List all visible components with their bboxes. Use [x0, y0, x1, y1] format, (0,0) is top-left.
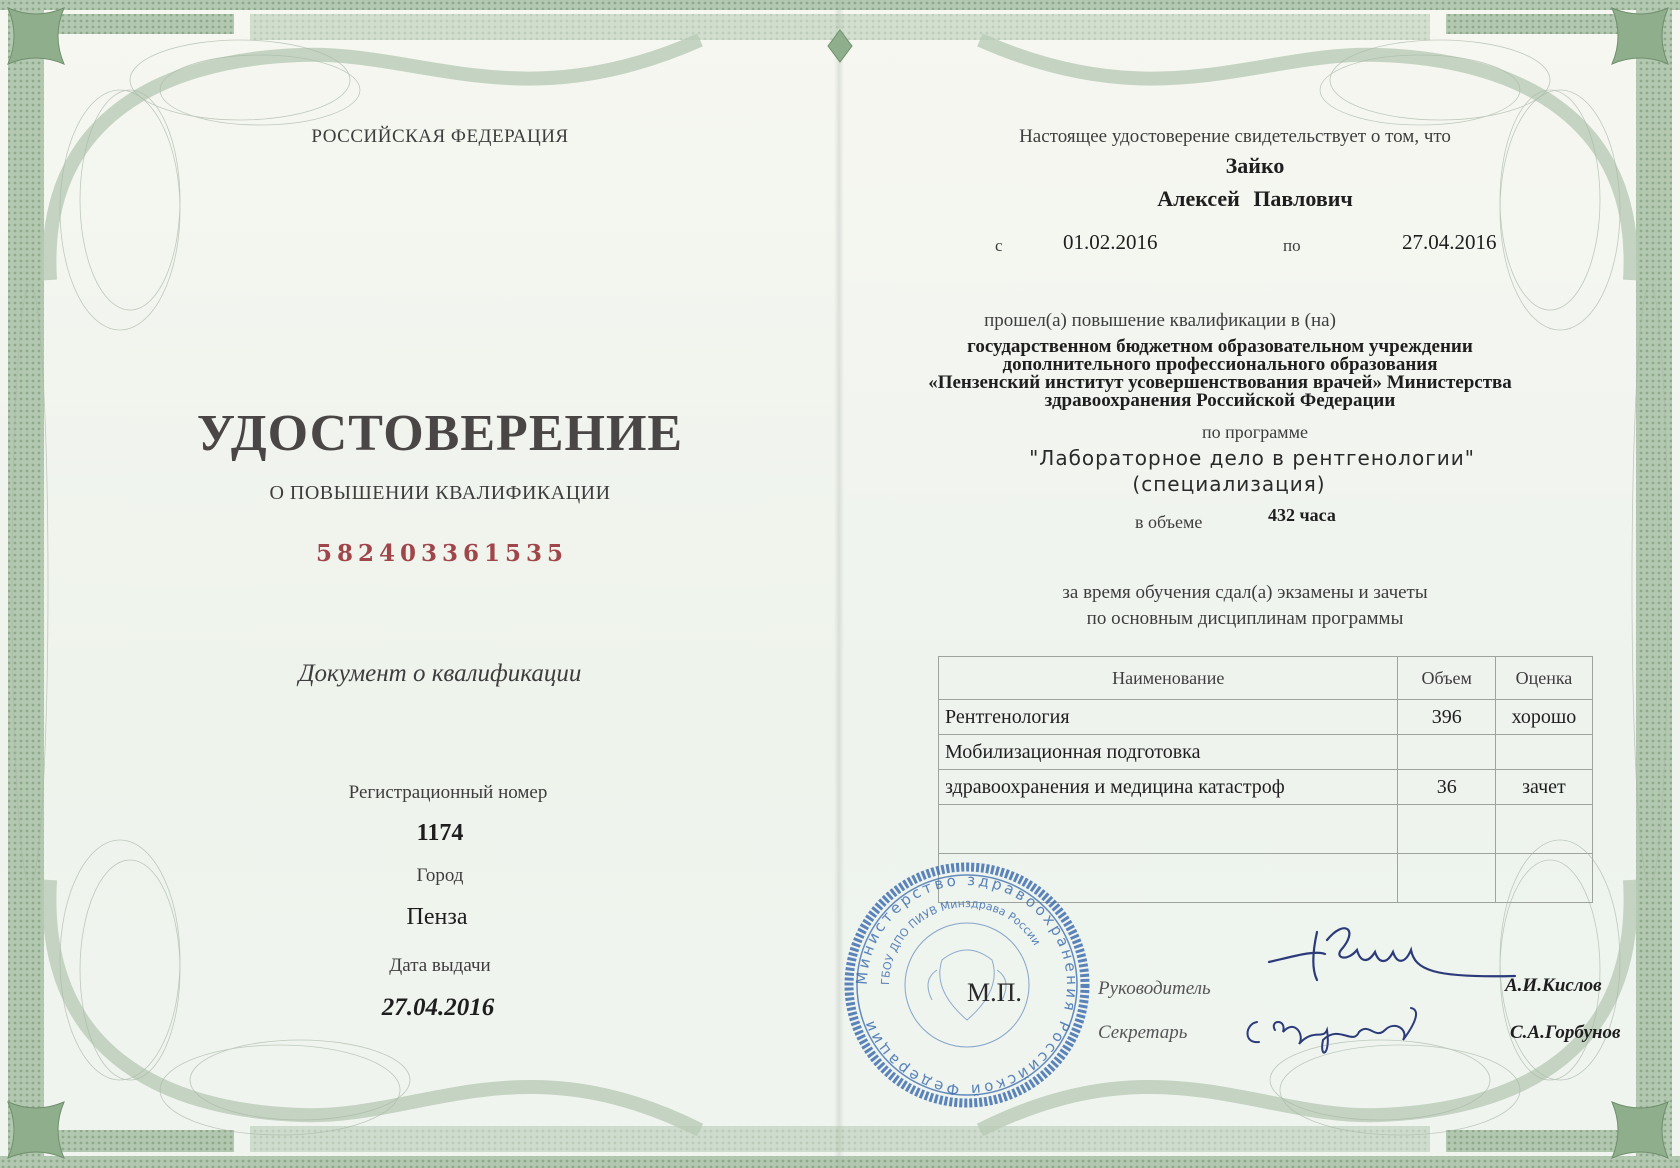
period-from-label: с [995, 236, 1003, 256]
discipline-name: Мобилизационная подготовка [939, 735, 1398, 770]
discipline-grade: хорошо [1495, 700, 1592, 735]
document-title: УДОСТОВЕРЕНИЕ [197, 404, 683, 463]
document-subtitle: О ПОВЫШЕНИИ КВАЛИФИКАЦИИ [269, 482, 610, 505]
left-page [0, 0, 840, 1168]
signatory-name-director: А.И.Кислов [1505, 975, 1602, 997]
table-row: Рентгенология 396 хорошо [939, 700, 1593, 735]
discipline-name: здравоохранения и медицина катастроф [939, 770, 1398, 805]
city-value: Пенза [407, 904, 468, 931]
discipline-grade: зачет [1495, 770, 1592, 805]
discipline-volume [1398, 735, 1495, 770]
stamp-placeholder-label: М.П. [967, 978, 1022, 1008]
table-row: здравоохранения и медицина катастроф 36 … [939, 770, 1593, 805]
holder-surname: Зайко [1226, 153, 1285, 179]
discipline-volume: 36 [1398, 770, 1495, 805]
country-heading: РОССИЙСКАЯ ФЕДЕРАЦИЯ [311, 126, 568, 148]
table-row: Мобилизационная подготовка [939, 735, 1593, 770]
issue-date: 27.04.2016 [382, 994, 495, 1022]
column-header-grade: Оценка [1495, 657, 1592, 700]
discipline-grade [1495, 735, 1592, 770]
exams-text-line: за время обучения сдал(а) экзамены и зач… [1062, 580, 1427, 606]
program-name: "Лабораторное дело в рентгенологии" [1029, 446, 1475, 470]
discipline-volume [1398, 854, 1495, 903]
serial-number: 582403361535 [316, 540, 568, 567]
registration-number: 1174 [417, 820, 464, 847]
intro-text: Настоящее удостоверение свидетельствует … [1019, 126, 1451, 148]
discipline-name [939, 805, 1398, 854]
registration-label: Регистрационный номер [349, 782, 548, 804]
table-row [939, 805, 1593, 854]
column-header-name: Наименование [939, 657, 1398, 700]
table-header-row: Наименование Объем Оценка [939, 657, 1593, 700]
program-type: (специализация) [1132, 472, 1325, 496]
discipline-volume [1398, 805, 1495, 854]
period-to-label: по [1283, 236, 1301, 256]
program-label: по программе [1202, 422, 1308, 443]
volume-label: в объеме [1135, 512, 1202, 533]
discipline-volume: 396 [1398, 700, 1495, 735]
exams-text: за время обучения сдал(а) экзамены и зач… [1062, 580, 1427, 632]
passed-text: прошел(а) повышение квалификации в (на) [984, 310, 1336, 332]
exams-text-line: по основным дисциплинам программы [1062, 606, 1427, 632]
discipline-grade [1495, 854, 1592, 903]
signatory-name-secretary: С.А.Горбунов [1510, 1022, 1621, 1044]
city-label: Город [417, 865, 464, 887]
institution-name: государственном бюджетном образовательно… [928, 338, 1512, 410]
period-to-date: 27.04.2016 [1402, 230, 1497, 255]
holder-given-names: Алексей Павлович [1157, 186, 1353, 212]
column-header-volume: Объем [1398, 657, 1495, 700]
volume-value: 432 часа [1268, 505, 1336, 526]
period-from-date: 01.02.2016 [1063, 230, 1158, 255]
document-kind: Документ о квалификации [299, 660, 582, 688]
discipline-name: Рентгенология [939, 700, 1398, 735]
discipline-grade [1495, 805, 1592, 854]
signatory-role-secretary: Секретарь [1098, 1022, 1187, 1044]
signatory-role-director: Руководитель [1098, 978, 1211, 1000]
institution-line: здравоохранения Российской Федерации [928, 392, 1512, 410]
issue-date-label: Дата выдачи [389, 955, 490, 977]
